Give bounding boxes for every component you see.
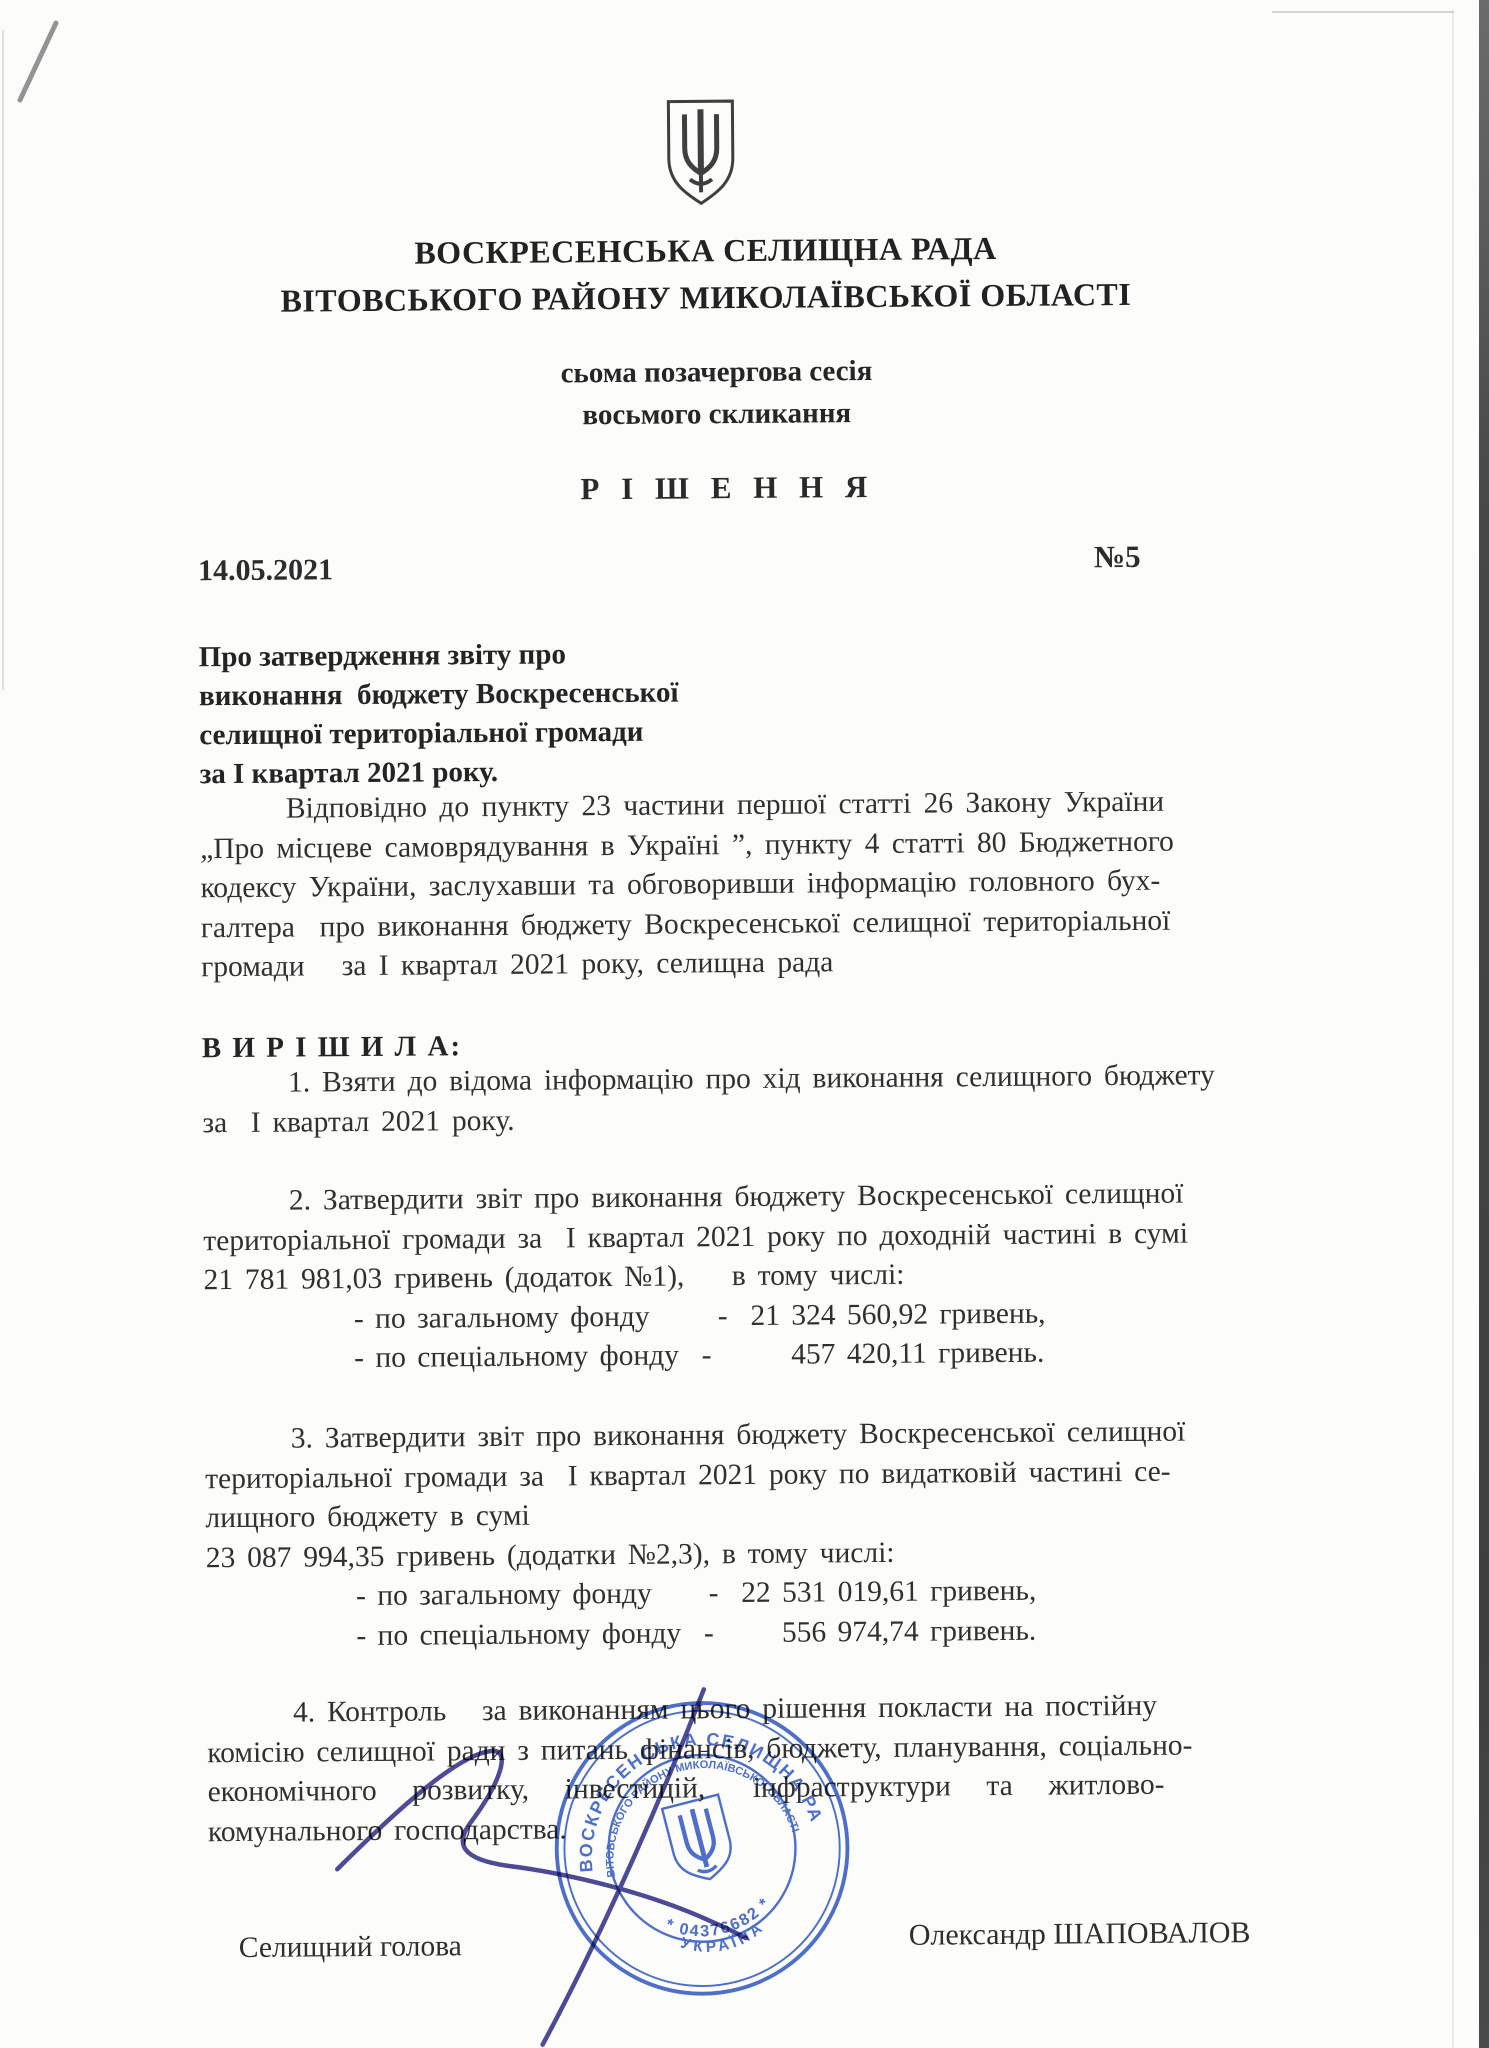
title-line: Про затвердження звіту про bbox=[199, 635, 679, 678]
fund-amount-line: - по спеціальному фонду - 457 420,11 гри… bbox=[204, 1331, 1374, 1380]
preamble-line: громади за І квартал 2021 року, селищна … bbox=[201, 939, 1371, 988]
title-line: виконання бюджету Воскресенської bbox=[199, 674, 679, 717]
district-name: ВІТОВСЬКОГО РАЙОНУ МИКОЛАЇВСЬКОЇ ОБЛАСТІ bbox=[0, 274, 1416, 322]
decision-title: Про затвердження звіту про виконання бюд… bbox=[199, 635, 680, 795]
convocation-line: восьмого скликання bbox=[0, 393, 1437, 437]
handwritten-signature bbox=[306, 1640, 789, 2048]
document-content: ВОСКРЕСЕНСЬКА СЕЛИЩНА РАДА ВІТОВСЬКОГО Р… bbox=[0, 0, 1489, 2048]
title-line: селищної територіальної громади bbox=[199, 713, 679, 756]
document-type-heading: Р І Ш Е Н Н Я bbox=[0, 464, 1458, 511]
ukraine-trident-emblem bbox=[660, 96, 741, 209]
resolution-item-1: 1. Взяти до відома інформацію про хід ви… bbox=[202, 1055, 1373, 1143]
signer-name: Олександр ШАПОВАЛОВ bbox=[909, 1916, 1251, 1953]
document-date: 14.05.2021 bbox=[198, 553, 333, 588]
council-name: ВОСКРЕСЕНСЬКА СЕЛИЩНА РАДА bbox=[0, 227, 1416, 275]
resolution-item-2: 2. Затвердити звіт про виконання бюджету… bbox=[203, 1173, 1375, 1380]
document-number: №5 bbox=[1094, 539, 1141, 575]
resolution-item-3: 3. Затвердити звіт про виконання бюджету… bbox=[205, 1411, 1377, 1657]
scanned-document-page: ВОСКРЕСЕНСЬКА СЕЛИЩНА РАДА ВІТОВСЬКОГО Р… bbox=[0, 0, 1489, 2048]
signer-role: Селищний голова bbox=[239, 1930, 462, 1965]
item-line: за І квартал 2021 року. bbox=[202, 1095, 1372, 1144]
preamble-paragraph: Відповідно до пункту 23 частини першої с… bbox=[200, 781, 1372, 988]
session-line: сьома позачергова сесія bbox=[0, 351, 1437, 395]
resolved-heading: В И Р І Ш И Л А: bbox=[202, 1030, 463, 1065]
